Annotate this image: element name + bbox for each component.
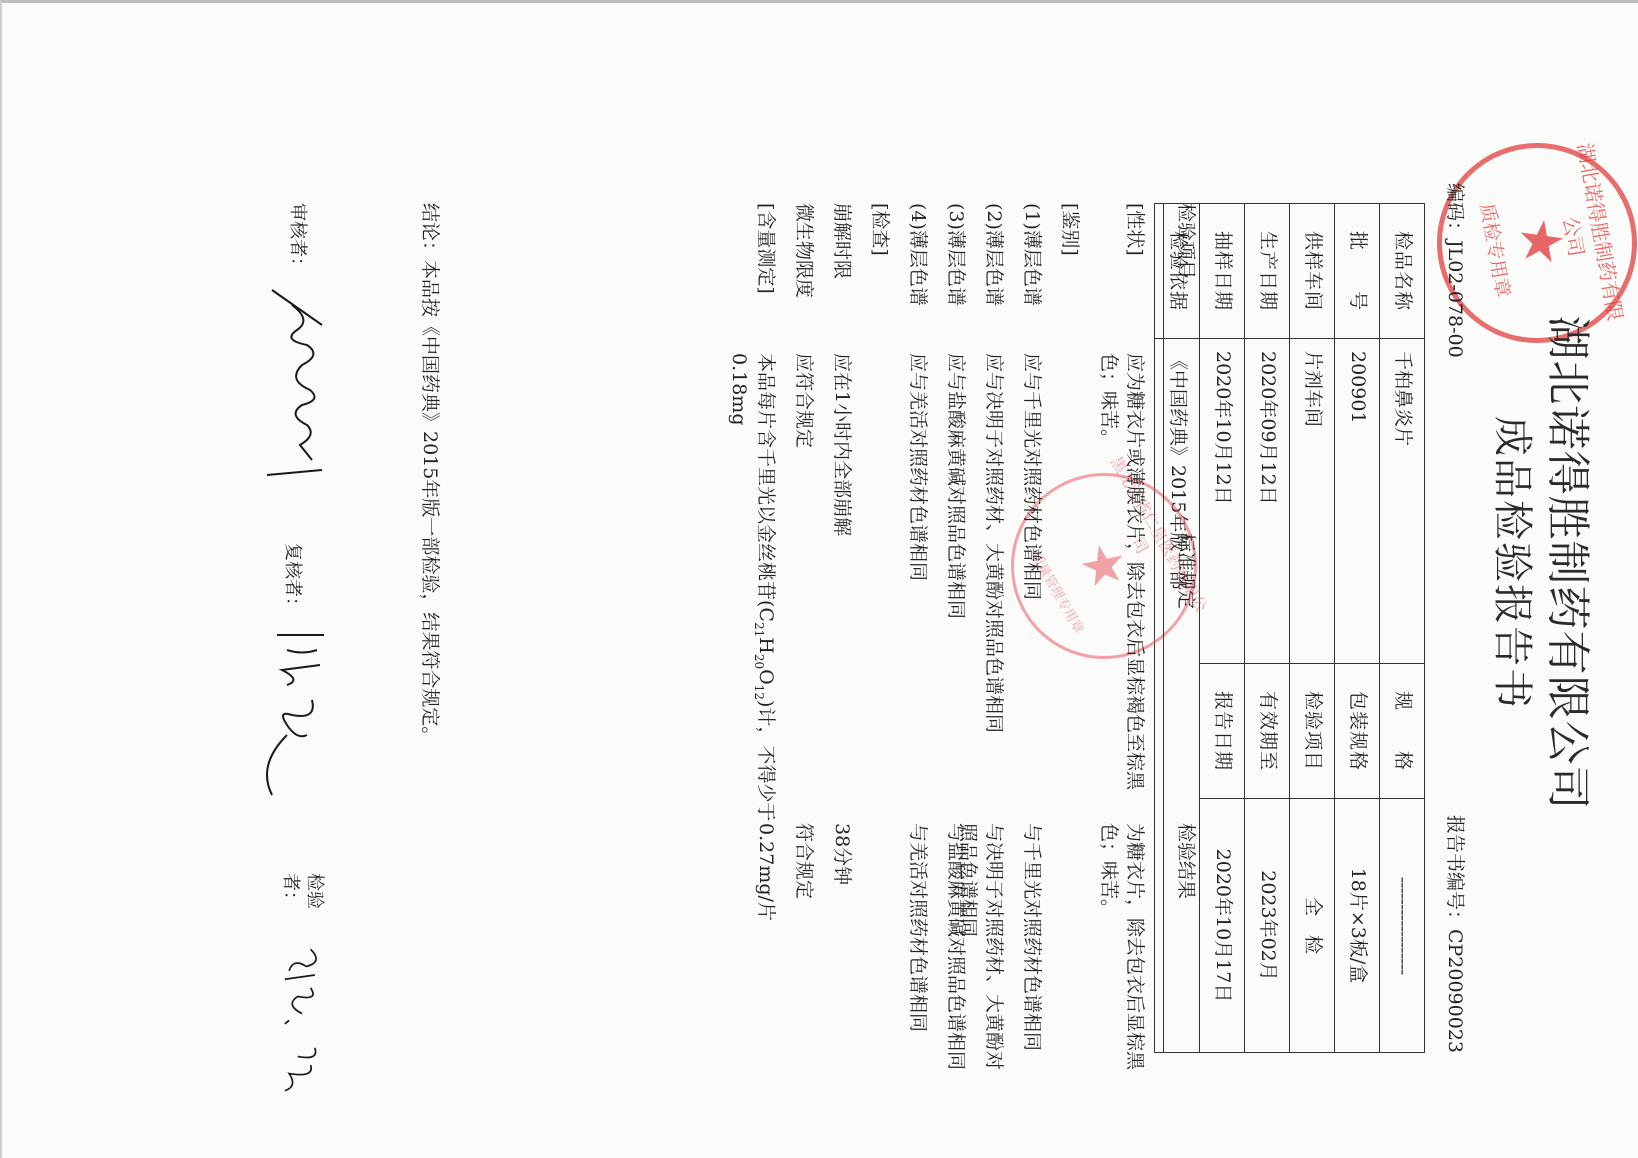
column-item: 检验项目 bbox=[1172, 203, 1198, 279]
result-row: 崩解时限 应在1小时内全部崩解 38分钟 bbox=[820, 203, 854, 1063]
info-value: 2020年10月12日 bbox=[1200, 339, 1245, 664]
info-label: 供样车间 bbox=[1290, 204, 1335, 339]
info-value: 片剂车间 bbox=[1290, 339, 1335, 664]
section-heading: [含量测定] bbox=[752, 203, 778, 353]
test-item: (2)薄层色谱 bbox=[980, 203, 1006, 353]
inspector-signature: 检验者： bbox=[272, 873, 332, 1099]
section-inspection: [检查] bbox=[858, 203, 892, 1063]
info-label: 生产日期 bbox=[1245, 204, 1290, 339]
info-label: 有效期至 bbox=[1245, 664, 1290, 799]
inspector-label: 检验者： bbox=[278, 873, 327, 935]
result-row-assay: [含量测定] 本品每片含千里光以金丝桃苷(C21H20O12)计，不得少于0.1… bbox=[725, 203, 778, 1063]
result-text: 与千里光对照药材色谱相同 bbox=[1018, 823, 1044, 1073]
report-number: 报告书编号：CP20090023 bbox=[1441, 815, 1467, 1063]
rechecker-signature: 复核者： bbox=[252, 543, 332, 805]
standard-text: 应与羌活对照药材色谱相同 bbox=[904, 353, 930, 823]
company-name: 湖北诺得胜制药有限公司 bbox=[1538, 63, 1597, 1063]
standard-text: 本品每片含千里光以金丝桃苷(C21H20O12)计，不得少于0.18mg bbox=[725, 353, 778, 823]
section-identification: [鉴别] bbox=[1048, 203, 1082, 1063]
info-label: 规 格 bbox=[1380, 664, 1425, 799]
section-heading: [检查] bbox=[869, 203, 891, 256]
results-column-header: 检验项目 标准规定 检验结果 bbox=[1163, 203, 1204, 1053]
handwritten-signature-icon bbox=[272, 945, 332, 1099]
report-title: 成品检验报告书 bbox=[1485, 63, 1539, 1063]
info-label: 报告日期 bbox=[1200, 664, 1245, 799]
info-value: 千柏鼻炎片 bbox=[1380, 339, 1425, 664]
report-no-label: 报告书编号： bbox=[1444, 815, 1466, 929]
info-value: 2020年10月17日 bbox=[1200, 799, 1245, 1053]
result-text: 0.27mg/片 bbox=[752, 823, 778, 1073]
info-value: 全 检 bbox=[1290, 799, 1335, 1053]
result-row: (2)薄层色谱 应与决明子对照药材、大黄酚对照品色谱相同 与决明子对照药材、大黄… bbox=[972, 203, 1006, 1063]
result-text: 为糖衣片，除去包衣后显棕黑色；味苦。 bbox=[1096, 823, 1147, 1073]
test-item: 崩解时限 bbox=[828, 203, 854, 353]
result-text: 与盐酸麻黄碱对照品色谱相同 bbox=[942, 823, 968, 1073]
section-heading: [性状] bbox=[1121, 203, 1147, 353]
info-label: 检验项目 bbox=[1290, 664, 1335, 799]
reviewer-signature: 审核者： bbox=[262, 203, 332, 485]
info-value: 2020年09月12日 bbox=[1245, 339, 1290, 664]
info-value: 2023年02月 bbox=[1245, 799, 1290, 1053]
code-value: JL02-078-00 bbox=[1444, 240, 1466, 358]
info-value: 18片×3板/盒 bbox=[1335, 799, 1380, 1053]
result-row-character: [性状] 应为糖衣片或薄膜衣片，除去包衣后显棕褐色至棕黑色；味苦。 为糖衣片，除… bbox=[1096, 203, 1147, 1063]
reviewer-label: 审核者： bbox=[285, 203, 309, 275]
info-label: 抽样日期 bbox=[1200, 204, 1245, 339]
handwritten-signature-icon bbox=[262, 285, 332, 485]
info-label: 批 号 bbox=[1335, 204, 1380, 339]
info-value: 200901 bbox=[1335, 339, 1380, 664]
result-text: 符合规定 bbox=[790, 823, 816, 1073]
standard-text: 应为糖衣片或薄膜衣片，除去包衣后显棕褐色至棕黑色；味苦。 bbox=[1096, 353, 1147, 823]
column-standard: 标准规定 bbox=[1172, 533, 1198, 609]
scanned-page: 湖北诺得胜制药有限公司 ★ 质检专用章 湖北诺得胜制药有限公司 成品检验报告书 … bbox=[0, 0, 1638, 1158]
info-row: 抽样日期 2020年10月12日 报告日期 2020年10月17日 bbox=[1200, 204, 1245, 1053]
result-row: (1)薄层色谱 应与千里光对照药材色谱相同 与千里光对照药材色谱相同 bbox=[1010, 203, 1044, 1063]
code-label: 编码： bbox=[1444, 183, 1466, 240]
standard-text: 应与千里光对照药材色谱相同 bbox=[1018, 353, 1044, 823]
signature-area: 审核者： 复核者： 检验者： bbox=[212, 203, 332, 1063]
test-item: (1)薄层色谱 bbox=[1018, 203, 1044, 353]
result-row: (4)薄层色谱 应与羌活对照药材色谱相同 与羌活对照药材色谱相同 bbox=[896, 203, 930, 1063]
test-item: (4)薄层色谱 bbox=[904, 203, 930, 353]
conclusion: 结论：本品按《中国药典》2015年版一部检验，结果符合规定。 bbox=[416, 203, 442, 1083]
result-row: (3)薄层色谱 应与盐酸麻黄碱对照品色谱相同 与盐酸麻黄碱对照品色谱相同 bbox=[934, 203, 968, 1063]
results-list: [性状] 应为糖衣片或薄膜衣片，除去包衣后显棕褐色至棕黑色；味苦。 为糖衣片，除… bbox=[721, 203, 1147, 1063]
test-item: (3)薄层色谱 bbox=[942, 203, 968, 353]
handwritten-signature-icon bbox=[252, 625, 332, 805]
report-no-value: CP20090023 bbox=[1444, 929, 1466, 1053]
info-row: 供样车间 片剂车间 检验项目 全 检 bbox=[1290, 204, 1335, 1053]
standard-text: 应在1小时内全部崩解 bbox=[828, 353, 854, 823]
info-row: 检品名称 千柏鼻炎片 规 格 ------------------ bbox=[1380, 204, 1425, 1053]
result-text: 与羌活对照药材色谱相同 bbox=[904, 823, 930, 1073]
standard-text: 应与盐酸麻黄碱对照品色谱相同 bbox=[942, 353, 968, 823]
section-heading: [鉴别] bbox=[1059, 203, 1081, 256]
result-row: 微生物限度 应符合规定 符合规定 bbox=[782, 203, 816, 1063]
standard-text: 应符合规定 bbox=[790, 353, 816, 823]
inspection-report-sheet: 湖北诺得胜制药有限公司 ★ 质检专用章 湖北诺得胜制药有限公司 成品检验报告书 … bbox=[197, 63, 1597, 1063]
info-label: 检品名称 bbox=[1380, 204, 1425, 339]
rechecker-label: 复核者： bbox=[280, 543, 304, 615]
test-item: 微生物限度 bbox=[790, 203, 816, 353]
info-row: 生产日期 2020年09月12日 有效期至 2023年02月 bbox=[1245, 204, 1290, 1053]
result-text: 38分钟 bbox=[828, 823, 854, 1073]
standard-text: 应与决明子对照药材、大黄酚对照品色谱相同 bbox=[980, 353, 1006, 823]
column-result: 检验结果 bbox=[1172, 823, 1198, 899]
info-label: 包装规格 bbox=[1335, 664, 1380, 799]
info-value: ------------------ bbox=[1380, 799, 1425, 1053]
info-row: 批 号 200901 包装规格 18片×3板/盒 bbox=[1335, 204, 1380, 1053]
document-code: 编码：JL02-078-00 bbox=[1441, 183, 1467, 358]
